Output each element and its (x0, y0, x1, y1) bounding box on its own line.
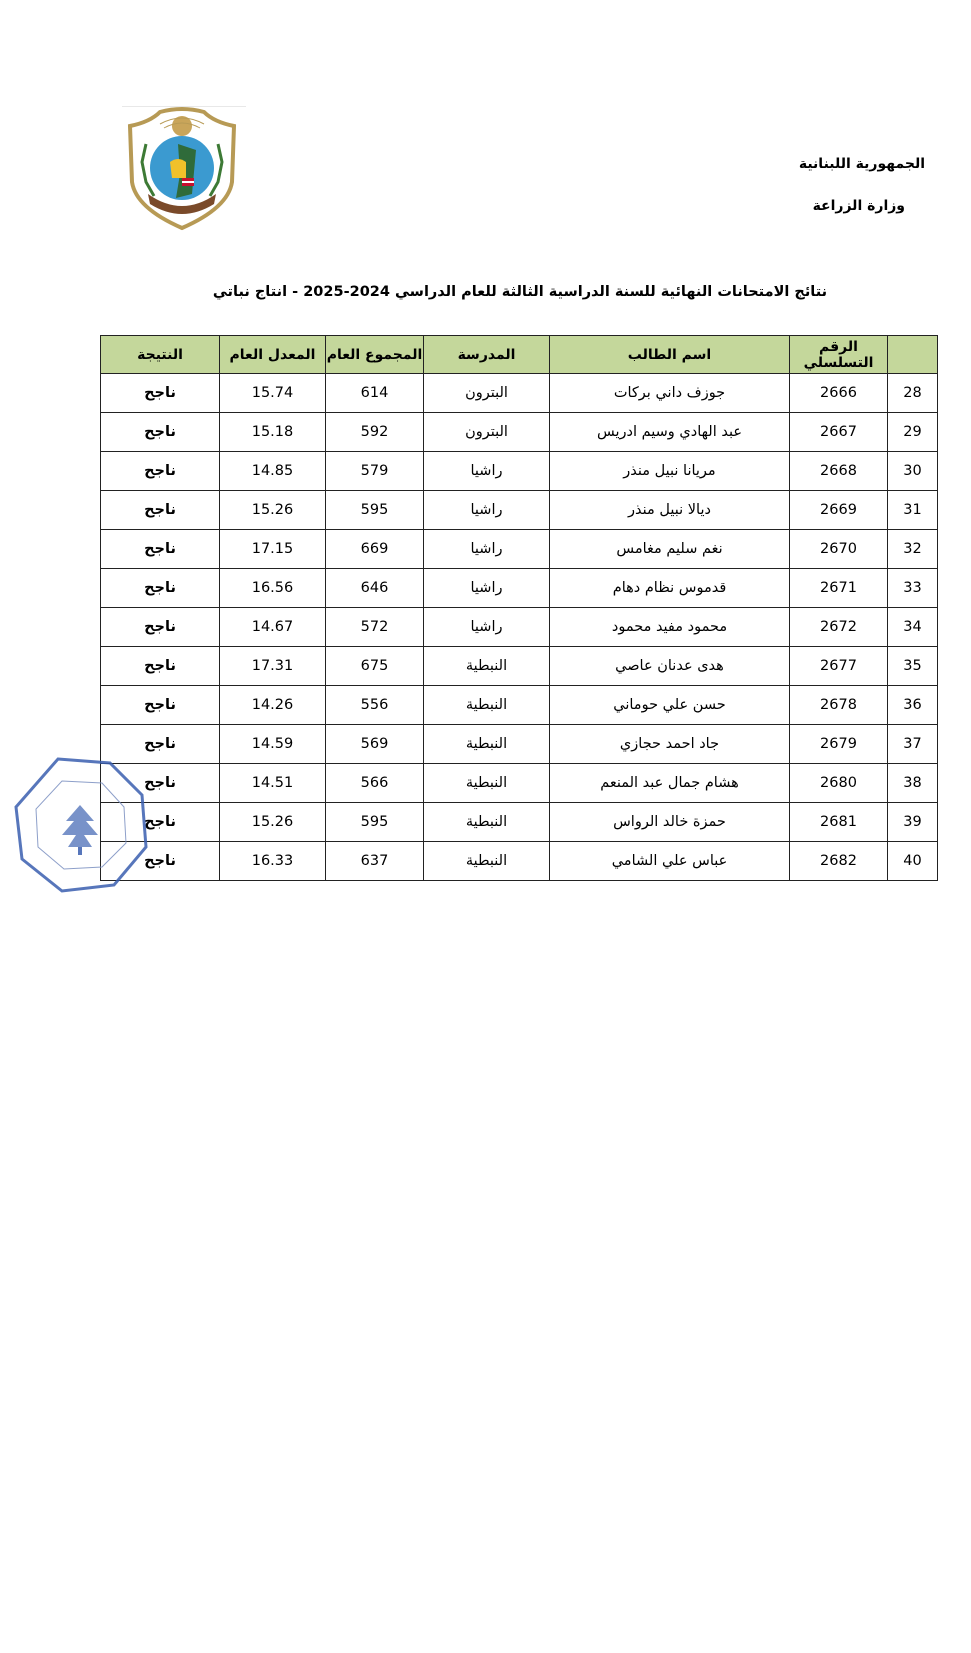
average-cell: 17.15 (220, 530, 326, 569)
serial-cell: 2679 (790, 725, 888, 764)
col-header-serial: الرقم التسلسلي (790, 336, 888, 374)
table-row: 342672محمود مفيد محمودراشيا57214.67ناجح (101, 608, 938, 647)
ministry-label: وزارة الزراعة (813, 198, 905, 214)
total-cell: 614 (326, 374, 424, 413)
school-cell: النبطية (424, 842, 550, 881)
student-name-cell: ديالا نبيل منذر (550, 491, 790, 530)
school-cell: النبطية (424, 803, 550, 842)
average-cell: 16.56 (220, 569, 326, 608)
row-index-cell: 30 (888, 452, 938, 491)
result-cell: ناجح (101, 452, 220, 491)
average-cell: 14.67 (220, 608, 326, 647)
average-cell: 15.18 (220, 413, 326, 452)
school-cell: البترون (424, 374, 550, 413)
ministry-emblem-icon (120, 104, 244, 232)
row-index-cell: 38 (888, 764, 938, 803)
student-name-cell: حسن علي حوماني (550, 686, 790, 725)
table-row: 302668مريانا نبيل منذرراشيا57914.85ناجح (101, 452, 938, 491)
table-row: 312669ديالا نبيل منذرراشيا59515.26ناجح (101, 491, 938, 530)
average-cell: 16.33 (220, 842, 326, 881)
serial-cell: 2667 (790, 413, 888, 452)
result-cell: ناجح (101, 686, 220, 725)
row-index-cell: 28 (888, 374, 938, 413)
serial-cell: 2672 (790, 608, 888, 647)
total-cell: 572 (326, 608, 424, 647)
table-row: 292667عبد الهادي وسيم ادريسالبترون59215.… (101, 413, 938, 452)
table-row: 382680هشام جمال عبد المنعمالنبطية56614.5… (101, 764, 938, 803)
table-row: 402682عباس علي الشاميالنبطية63716.33ناجح (101, 842, 938, 881)
total-cell: 675 (326, 647, 424, 686)
row-index-cell: 34 (888, 608, 938, 647)
total-cell: 595 (326, 803, 424, 842)
result-cell: ناجح (101, 725, 220, 764)
result-cell: ناجح (101, 569, 220, 608)
student-name-cell: عبد الهادي وسيم ادريس (550, 413, 790, 452)
col-header-school: المدرسة (424, 336, 550, 374)
row-index-cell: 35 (888, 647, 938, 686)
row-index-cell: 40 (888, 842, 938, 881)
table-row: 392681حمزة خالد الرواسالنبطية59515.26ناج… (101, 803, 938, 842)
average-cell: 17.31 (220, 647, 326, 686)
total-cell: 566 (326, 764, 424, 803)
row-index-cell: 37 (888, 725, 938, 764)
total-cell: 669 (326, 530, 424, 569)
student-name-cell: محمود مفيد محمود (550, 608, 790, 647)
col-header-average: المعدل العام (220, 336, 326, 374)
average-cell: 14.85 (220, 452, 326, 491)
serial-cell: 2671 (790, 569, 888, 608)
school-cell: النبطية (424, 725, 550, 764)
serial-cell: 2678 (790, 686, 888, 725)
student-name-cell: جوزف داني بركات (550, 374, 790, 413)
table-row: 322670نغم سليم مغامسراشيا66917.15ناجح (101, 530, 938, 569)
student-name-cell: هدى عدنان عاصي (550, 647, 790, 686)
table-row: 372679جاد احمد حجازيالنبطية56914.59ناجح (101, 725, 938, 764)
col-header-total: المجموع العام (326, 336, 424, 374)
school-cell: البترون (424, 413, 550, 452)
col-header-index (888, 336, 938, 374)
result-cell: ناجح (101, 764, 220, 803)
student-name-cell: هشام جمال عبد المنعم (550, 764, 790, 803)
total-cell: 646 (326, 569, 424, 608)
result-cell: ناجح (101, 608, 220, 647)
total-cell: 592 (326, 413, 424, 452)
school-cell: النبطية (424, 764, 550, 803)
average-cell: 14.59 (220, 725, 326, 764)
results-table: الرقم التسلسلي اسم الطالب المدرسة المجمو… (100, 335, 938, 881)
school-cell: راشيا (424, 569, 550, 608)
table-header-row: الرقم التسلسلي اسم الطالب المدرسة المجمو… (101, 336, 938, 374)
table-row: 362678حسن علي حومانيالنبطية55614.26ناجح (101, 686, 938, 725)
result-cell: ناجح (101, 647, 220, 686)
row-index-cell: 39 (888, 803, 938, 842)
average-cell: 15.26 (220, 491, 326, 530)
average-cell: 15.26 (220, 803, 326, 842)
school-cell: راشيا (424, 491, 550, 530)
page-title: نتائج الامتحانات النهائية للسنة الدراسية… (200, 284, 840, 300)
total-cell: 569 (326, 725, 424, 764)
student-name-cell: جاد احمد حجازي (550, 725, 790, 764)
col-header-result: النتيجة (101, 336, 220, 374)
average-cell: 14.26 (220, 686, 326, 725)
serial-cell: 2668 (790, 452, 888, 491)
average-cell: 14.51 (220, 764, 326, 803)
table-row: 332671قدموس نظام دهامراشيا64616.56ناجح (101, 569, 938, 608)
student-name-cell: حمزة خالد الرواس (550, 803, 790, 842)
student-name-cell: عباس علي الشامي (550, 842, 790, 881)
row-index-cell: 36 (888, 686, 938, 725)
serial-cell: 2666 (790, 374, 888, 413)
result-cell: ناجح (101, 842, 220, 881)
school-cell: راشيا (424, 608, 550, 647)
school-cell: راشيا (424, 452, 550, 491)
row-index-cell: 29 (888, 413, 938, 452)
average-cell: 15.74 (220, 374, 326, 413)
result-cell: ناجح (101, 530, 220, 569)
serial-cell: 2669 (790, 491, 888, 530)
student-name-cell: مريانا نبيل منذر (550, 452, 790, 491)
school-cell: النبطية (424, 686, 550, 725)
result-cell: ناجح (101, 491, 220, 530)
total-cell: 595 (326, 491, 424, 530)
school-cell: راشيا (424, 530, 550, 569)
result-cell: ناجح (101, 803, 220, 842)
serial-cell: 2677 (790, 647, 888, 686)
total-cell: 556 (326, 686, 424, 725)
school-cell: النبطية (424, 647, 550, 686)
serial-cell: 2670 (790, 530, 888, 569)
serial-cell: 2681 (790, 803, 888, 842)
serial-cell: 2680 (790, 764, 888, 803)
student-name-cell: قدموس نظام دهام (550, 569, 790, 608)
total-cell: 637 (326, 842, 424, 881)
total-cell: 579 (326, 452, 424, 491)
table-row: 282666جوزف داني بركاتالبترون61415.74ناجح (101, 374, 938, 413)
row-index-cell: 33 (888, 569, 938, 608)
col-header-name: اسم الطالب (550, 336, 790, 374)
student-name-cell: نغم سليم مغامس (550, 530, 790, 569)
result-cell: ناجح (101, 413, 220, 452)
table-row: 352677هدى عدنان عاصيالنبطية67517.31ناجح (101, 647, 938, 686)
republic-label: الجمهورية اللبنانية (799, 156, 925, 172)
serial-cell: 2682 (790, 842, 888, 881)
row-index-cell: 32 (888, 530, 938, 569)
result-cell: ناجح (101, 374, 220, 413)
row-index-cell: 31 (888, 491, 938, 530)
